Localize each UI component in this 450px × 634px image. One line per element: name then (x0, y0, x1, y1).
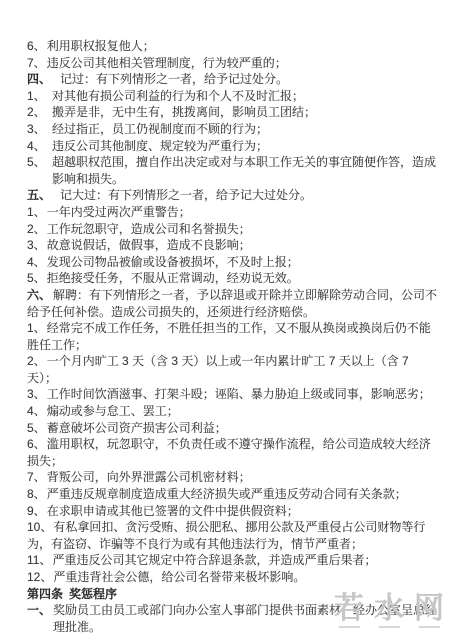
list-item: 1、经常完不成工作任务，不胜任担当的工作，又不服从换岗或换岗后仍不能胜任工作； (27, 320, 440, 353)
item-marker: 10、 (27, 520, 52, 534)
item-marker: 6、 (27, 39, 46, 53)
item-text: 滥用职权，玩忽职守，不负责任或不遵守操作流程，给公司造成较大经济损失； (27, 437, 431, 468)
list-item: 5、蓄意破坏公司资产损害公司利益； (27, 420, 440, 437)
list-item: 2、一个月内旷工 3 天（含 3 天）以上或一年内累计旷工 7 天以上（含 7 … (27, 353, 440, 386)
item-marker: 五、 (27, 188, 51, 202)
item-marker: 5、 (27, 271, 46, 285)
item-marker: 7、 (27, 470, 46, 484)
watermark-underline (419, 626, 440, 628)
watermark-char-group: 水 (374, 593, 404, 628)
item-marker: 3、 (27, 387, 46, 401)
list-item: 3、工作时间饮酒滋事、打架斗殴；诬陷、暴力胁迫上级或同事，影响恶劣； (27, 386, 440, 403)
item-text: 工作时间饮酒滋事、打架斗殴；诬陷、暴力胁迫上级或同事，影响恶劣； (47, 387, 431, 401)
item-marker: 9、 (27, 504, 46, 518)
item-text: 严重违背社会公德，给公司名誉带来极坏影响。 (53, 570, 305, 584)
item-marker: 六、 (27, 288, 51, 302)
item-marker: 四、 (27, 72, 51, 86)
section-header: 四、记过：有下列情形之一者，给予记过处分。 (27, 71, 440, 88)
list-item: 8、严重违反规章制度造成重大经济损失或严重违反劳动合同有关条款； (27, 486, 440, 503)
item-text: 一年内受过两次严重警告； (47, 205, 191, 219)
list-item: 6、利用职权报复他人； (27, 38, 440, 55)
watermark-char: 水 (374, 593, 404, 624)
item-text: 搬弄是非，无中生有，挑拨离间，影响员工团结； (52, 104, 440, 121)
watermark-char-group: 网 (414, 593, 444, 628)
item-text: 超越职权范围，擅自作出决定或对与本职工作无关的事宜随便作答，造成影响和损失。 (52, 154, 440, 187)
item-text: 蓄意破坏公司资产损害公司利益； (47, 421, 227, 435)
item-text: 发现公司物品被偷或设备被损坏，不及时上报； (47, 255, 299, 269)
item-marker: 3、 (27, 121, 52, 138)
document-body: 6、利用职权报复他人；7、违反公司其他相关管理制度，行为较严重的；四、记过：有下… (27, 38, 440, 634)
item-text: 一个月内旷工 3 天（含 3 天）以上或一年内累计旷工 7 天以上（含 7 天）… (27, 354, 409, 385)
list-item: 10、有私拿回扣、贪污受贿、损公肥私、挪用公款及严重侵占公司财物等行为，有盗窃、… (27, 519, 440, 552)
item-marker: 4、 (27, 255, 46, 269)
item-marker: 5、 (27, 421, 46, 435)
watermark-char: 若 (334, 593, 364, 624)
item-marker: 1、 (27, 88, 52, 105)
item-text: 记大过：有下列情形之一者，给予记大过处分。 (60, 188, 312, 202)
item-text: 解聘：有下列情形之一者，予以辞退或开除并立即解除劳动合同，公司不给予任何补偿。造… (27, 288, 437, 319)
item-marker: 1、 (27, 205, 46, 219)
item-text: 经常完不成工作任务，不胜任担当的工作，又不服从换岗或换岗后仍不能胜任工作； (27, 321, 431, 352)
list-item: 6、滥用职权，玩忽职守，不负责任或不遵守操作流程，给公司造成较大经济损失； (27, 436, 440, 469)
item-marker: 8、 (27, 487, 46, 501)
item-marker: 2、 (27, 104, 52, 121)
item-text: 利用职权报复他人； (47, 39, 155, 53)
item-text: 拒绝接受任务，不服从正常调动，经劝说无效。 (47, 271, 299, 285)
section-header: 六、解聘：有下列情形之一者，予以辞退或开除并立即解除劳动合同，公司不给予任何补偿… (27, 287, 440, 320)
list-item: 5、拒绝接受任务，不服从正常调动，经劝说无效。 (27, 270, 440, 287)
item-text: 煽动或参与怠工、罢工； (47, 404, 179, 418)
item-text: 工作玩忽职守，造成公司和名誉损失； (47, 222, 251, 236)
item-marker: 6、 (27, 437, 46, 451)
document-page: 6、利用职权报复他人；7、违反公司其他相关管理制度，行为较严重的；四、记过：有下… (0, 0, 450, 634)
item-marker: 5、 (27, 154, 52, 187)
item-text: 故意说假话，做假事，造成不良影响； (47, 238, 251, 252)
item-text: 记过：有下列情形之一者，给予记过处分。 (60, 72, 288, 86)
list-item: 3、故意说假话，做假事，造成不良影响； (27, 237, 440, 254)
list-item: 4、发现公司物品被偷或设备被损坏，不及时上报； (27, 254, 440, 271)
item-text: 严重违反规章制度造成重大经济损失或严重违反劳动合同有关条款； (47, 487, 407, 501)
item-marker: 4、 (27, 404, 46, 418)
list-item: 5、超越职权范围，擅自作出决定或对与本职工作无关的事宜随便作答，造成影响和损失。 (27, 154, 440, 187)
watermark-char: 网 (414, 593, 444, 624)
item-text: 对其他有损公司利益的行为和个人不及时汇报； (52, 88, 440, 105)
list-item: 7、违反公司其他相关管理制度，行为较严重的； (27, 55, 440, 72)
watermark-char-group: 若 (334, 593, 364, 628)
list-item: 12、严重违背社会公德，给公司名誉带来极坏影响。 (27, 569, 440, 586)
item-text: 在求职申请或其他已签署的文件中提供假资料； (47, 504, 299, 518)
list-item: 1、对其他有损公司利益的行为和个人不及时汇报； (27, 88, 440, 105)
item-marker: 11、 (27, 553, 51, 567)
item-marker: 2、 (27, 222, 46, 236)
item-marker: 12、 (27, 570, 52, 584)
watermark-underline (339, 626, 360, 628)
watermark-underline (379, 626, 400, 628)
watermark: 若水网 (334, 593, 444, 628)
list-item: 9、在求职申请或其他已签署的文件中提供假资料； (27, 503, 440, 520)
list-item: 3、经过指正，员工仍视制度而不顾的行为； (27, 121, 440, 138)
list-item: 4、违反公司其他制度、规定较为严重行为； (27, 138, 440, 155)
item-marker: 一、 (27, 602, 53, 634)
item-marker: 3、 (27, 238, 46, 252)
item-marker: 4、 (27, 138, 52, 155)
item-marker: 1、 (27, 321, 46, 335)
item-marker: 7、 (27, 56, 46, 70)
list-item: 2、搬弄是非，无中生有，挑拨离间，影响员工团结； (27, 104, 440, 121)
list-item: 2、工作玩忽职守，造成公司和名誉损失； (27, 221, 440, 238)
item-text: 违反公司其他制度、规定较为严重行为； (52, 138, 440, 155)
item-text: 奖惩程序 (69, 587, 117, 601)
list-item: 11、严重违反公司其它规定中符合辞退条款，并造成严重后果者； (27, 552, 440, 569)
item-text: 违反公司其他相关管理制度，行为较严重的； (47, 56, 287, 70)
item-text: 有私拿回扣、贪污受贿、损公肥私、挪用公款及严重侵占公司财物等行为，有盗窃、诈骗等… (27, 520, 425, 551)
item-marker: 2、 (27, 354, 46, 368)
item-text: 经过指正，员工仍视制度而不顾的行为； (52, 121, 440, 138)
list-item: 4、煽动或参与怠工、罢工； (27, 403, 440, 420)
list-item: 7、背叛公司，向外界泄露公司机密材料； (27, 469, 440, 486)
item-text: 背叛公司，向外界泄露公司机密材料； (47, 470, 251, 484)
list-item: 1、一年内受过两次严重警告； (27, 204, 440, 221)
item-marker: 第四条 (27, 587, 63, 601)
item-text: 严重违反公司其它规定中符合辞退条款，并造成严重后果者； (52, 553, 376, 567)
section-header: 五、记大过：有下列情形之一者，给予记大过处分。 (27, 187, 440, 204)
